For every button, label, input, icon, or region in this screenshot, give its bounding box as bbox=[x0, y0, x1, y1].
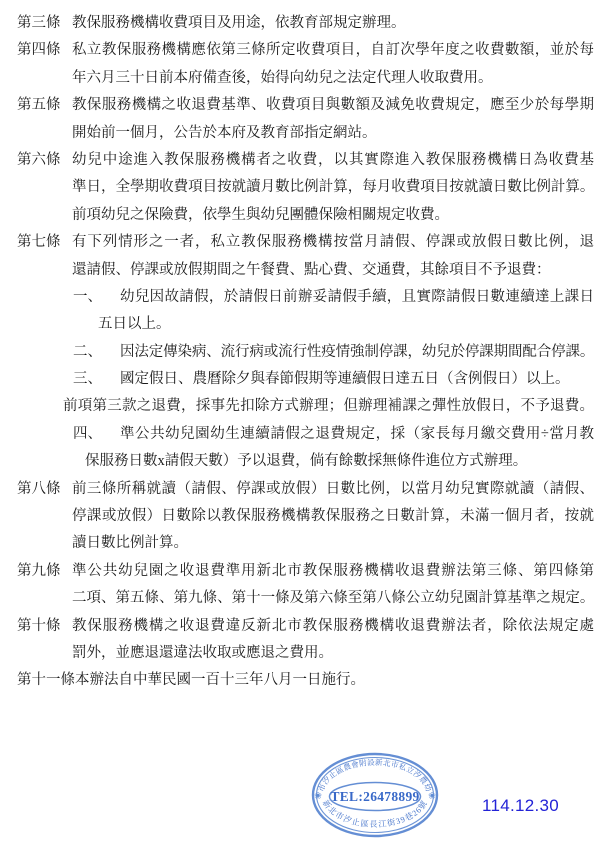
doc-line: 停課或放假）日數除以教保服務機構教保服務之日數計算，未滿一個月者，按就 bbox=[17, 503, 594, 530]
doc-line: 第十一條本辦法自中華民國一百十三年八月一日施行。 bbox=[17, 667, 594, 694]
doc-line: 五日以上。 bbox=[17, 311, 594, 338]
doc-line: 第七條有下列情形之一者，私立教保服務機構按當月請假、停課或放假日數比例，退 bbox=[17, 229, 594, 256]
official-stamp: 新北市汐止區農會附設新北市私立汐農幼兒園 新北市汐止區長江街39巷26號 ❀ ❀… bbox=[303, 747, 447, 843]
doc-line: 前項第三款之退費，採事先扣除方式辦理；但辦理補課之彈性放假日，不予退費。 bbox=[17, 393, 594, 420]
item-marker: 二、 bbox=[73, 339, 120, 366]
item-marker: 四、 bbox=[73, 421, 120, 448]
plum-blossom-icon-left: ❀ bbox=[314, 791, 322, 801]
stamp-tel-text: TEL:26478899 bbox=[330, 789, 419, 804]
line-text: 罰外，並應退還違法收取或應退之費用。 bbox=[72, 640, 333, 667]
line-text: 年六月三十日前本府備查後，始得向幼兒之法定代理人收取費用。 bbox=[72, 65, 493, 92]
line-text: 教保服務機構之收退費違反新北市教保服務機構收退費辦法者，除依法規定處 bbox=[72, 613, 594, 640]
doc-line: 第五條教保服務機構之收退費基準、收費項目與數額及減免收費規定，應至少於每學期 bbox=[17, 92, 594, 119]
doc-line: 第六條幼兒中途進入教保服務機構者之收費，以其實際進入教保服務機構日為收費基 bbox=[17, 147, 594, 174]
line-text: 幼兒中途進入教保服務機構者之收費，以其實際進入教保服務機構日為收費基 bbox=[72, 147, 594, 174]
article-number: 第十條 bbox=[17, 613, 72, 640]
doc-line: 準日，全學期收費項目按就讀月數比例計算，每月收費項目按就讀日數比例計算。 bbox=[17, 174, 594, 201]
doc-line: 二、因法定傳染病、流行病或流行性疫情強制停課，幼兒於停課期間配合停課。 bbox=[17, 339, 594, 366]
line-text: 準公共幼兒園幼生連續請假之退費規定，採（家長每月繳交費用÷當月教 bbox=[120, 421, 594, 448]
article-number: 第五條 bbox=[17, 92, 72, 119]
doc-line: 開始前一個月，公告於本府及教育部指定網站。 bbox=[17, 120, 594, 147]
line-text: 前項第三款之退費，採事先扣除方式辦理；但辦理補課之彈性放假日，不予退費。 bbox=[63, 393, 594, 420]
doc-line: 還請假、停課或放假期間之午餐費、點心費、交通費，其餘項目不予退費： bbox=[17, 257, 594, 284]
item-marker: 三、 bbox=[73, 366, 120, 393]
doc-line: 第八條前三條所稱就讀（請假、停課或放假）日數比例，以當月幼兒實際就讀（請假、 bbox=[17, 476, 594, 503]
doc-line: 年六月三十日前本府備查後，始得向幼兒之法定代理人收取費用。 bbox=[17, 65, 594, 92]
line-text: 因法定傳染病、流行病或流行性疫情強制停課，幼兒於停課期間配合停課。 bbox=[120, 339, 594, 366]
line-text: 準公共幼兒園之收退費準用新北市教保服務機構收退費辦法第三條、第四條第 bbox=[72, 558, 594, 585]
line-text: 二項、第五條、第九條、第十一條及第六條至第八條公立幼兒園計算基準之規定。 bbox=[72, 585, 594, 612]
line-text: 停課或放假）日數除以教保服務機構教保服務之日數計算，未滿一個月者，按就 bbox=[72, 503, 594, 530]
doc-line: 第四條私立教保服務機構應依第三條所定收費項目，自訂次學年度之收費數額，並於每 bbox=[17, 37, 594, 64]
article-number: 第九條 bbox=[17, 558, 72, 585]
article-number: 第七條 bbox=[17, 229, 72, 256]
line-text: 前三條所稱就讀（請假、停課或放假）日數比例，以當月幼兒實際就讀（請假、 bbox=[72, 476, 594, 503]
line-text: 前項幼兒之保險費，依學生與幼兒團體保險相關規定收費。 bbox=[72, 202, 449, 229]
line-text: 還請假、停課或放假期間之午餐費、點心費、交通費，其餘項目不予退費： bbox=[72, 257, 551, 284]
line-text: 開始前一個月，公告於本府及教育部指定網站。 bbox=[72, 120, 377, 147]
plum-blossom-icon-right: ❀ bbox=[428, 791, 436, 801]
line-text: 準日，全學期收費項目按就讀月數比例計算，每月收費項目按就讀日數比例計算。 bbox=[72, 174, 594, 201]
item-marker: 一、 bbox=[73, 284, 120, 311]
doc-line: 第十條教保服務機構之收退費違反新北市教保服務機構收退費辦法者，除依法規定處 bbox=[17, 613, 594, 640]
doc-line: 保服務日數x請假天數）予以退費，倘有餘數採無條件進位方式辦理。 bbox=[17, 448, 594, 475]
line-text: 私立教保服務機構應依第三條所定收費項目，自訂次學年度之收費數額，並於每 bbox=[72, 37, 594, 64]
line-text: 教保服務機構之收退費基準、收費項目與數額及減免收費規定，應至少於每學期 bbox=[72, 92, 594, 119]
line-text: 讀日數比例計算。 bbox=[72, 530, 188, 557]
line-text: 第十一條本辦法自中華民國一百十三年八月一日施行。 bbox=[17, 667, 365, 694]
line-text: 五日以上。 bbox=[98, 311, 171, 338]
line-text: 教保服務機構收費項目及用途，依教育部規定辦理。 bbox=[72, 10, 406, 37]
doc-line: 四、準公共幼兒園幼生連續請假之退費規定，採（家長每月繳交費用÷當月教 bbox=[17, 421, 594, 448]
article-number: 第六條 bbox=[17, 147, 72, 174]
article-number: 第四條 bbox=[17, 37, 72, 64]
doc-line: 三、國定假日、農曆除夕與春節假期等連續假日達五日（含例假日）以上。 bbox=[17, 366, 594, 393]
doc-line: 前項幼兒之保險費，依學生與幼兒團體保險相關規定收費。 bbox=[17, 202, 594, 229]
doc-line: 讀日數比例計算。 bbox=[17, 530, 594, 557]
line-text: 有下列情形之一者，私立教保服務機構按當月請假、停課或放假日數比例，退 bbox=[72, 229, 594, 256]
doc-line: 第三條教保服務機構收費項目及用途，依教育部規定辦理。 bbox=[17, 10, 594, 37]
doc-line: 二項、第五條、第九條、第十一條及第六條至第八條公立幼兒園計算基準之規定。 bbox=[17, 585, 594, 612]
line-text: 保服務日數x請假天數）予以退費，倘有餘數採無條件進位方式辦理。 bbox=[85, 448, 527, 475]
line-text: 幼兒因故請假，於請假日前辦妥請假手續，且實際請假日數連續達上課日 bbox=[120, 284, 594, 311]
article-number: 第八條 bbox=[17, 476, 72, 503]
doc-line: 罰外，並應退還違法收取或應退之費用。 bbox=[17, 640, 594, 667]
date-annotation: 114.12.30 bbox=[482, 796, 559, 816]
doc-line: 第九條準公共幼兒園之收退費準用新北市教保服務機構收退費辦法第三條、第四條第 bbox=[17, 558, 594, 585]
doc-line: 一、幼兒因故請假，於請假日前辦妥請假手續，且實際請假日數連續達上課日 bbox=[17, 284, 594, 311]
regulation-document: 第三條教保服務機構收費項目及用途，依教育部規定辦理。第四條私立教保服務機構應依第… bbox=[17, 10, 594, 695]
article-number: 第三條 bbox=[17, 10, 72, 37]
line-text: 國定假日、農曆除夕與春節假期等連續假日達五日（含例假日）以上。 bbox=[120, 366, 570, 393]
